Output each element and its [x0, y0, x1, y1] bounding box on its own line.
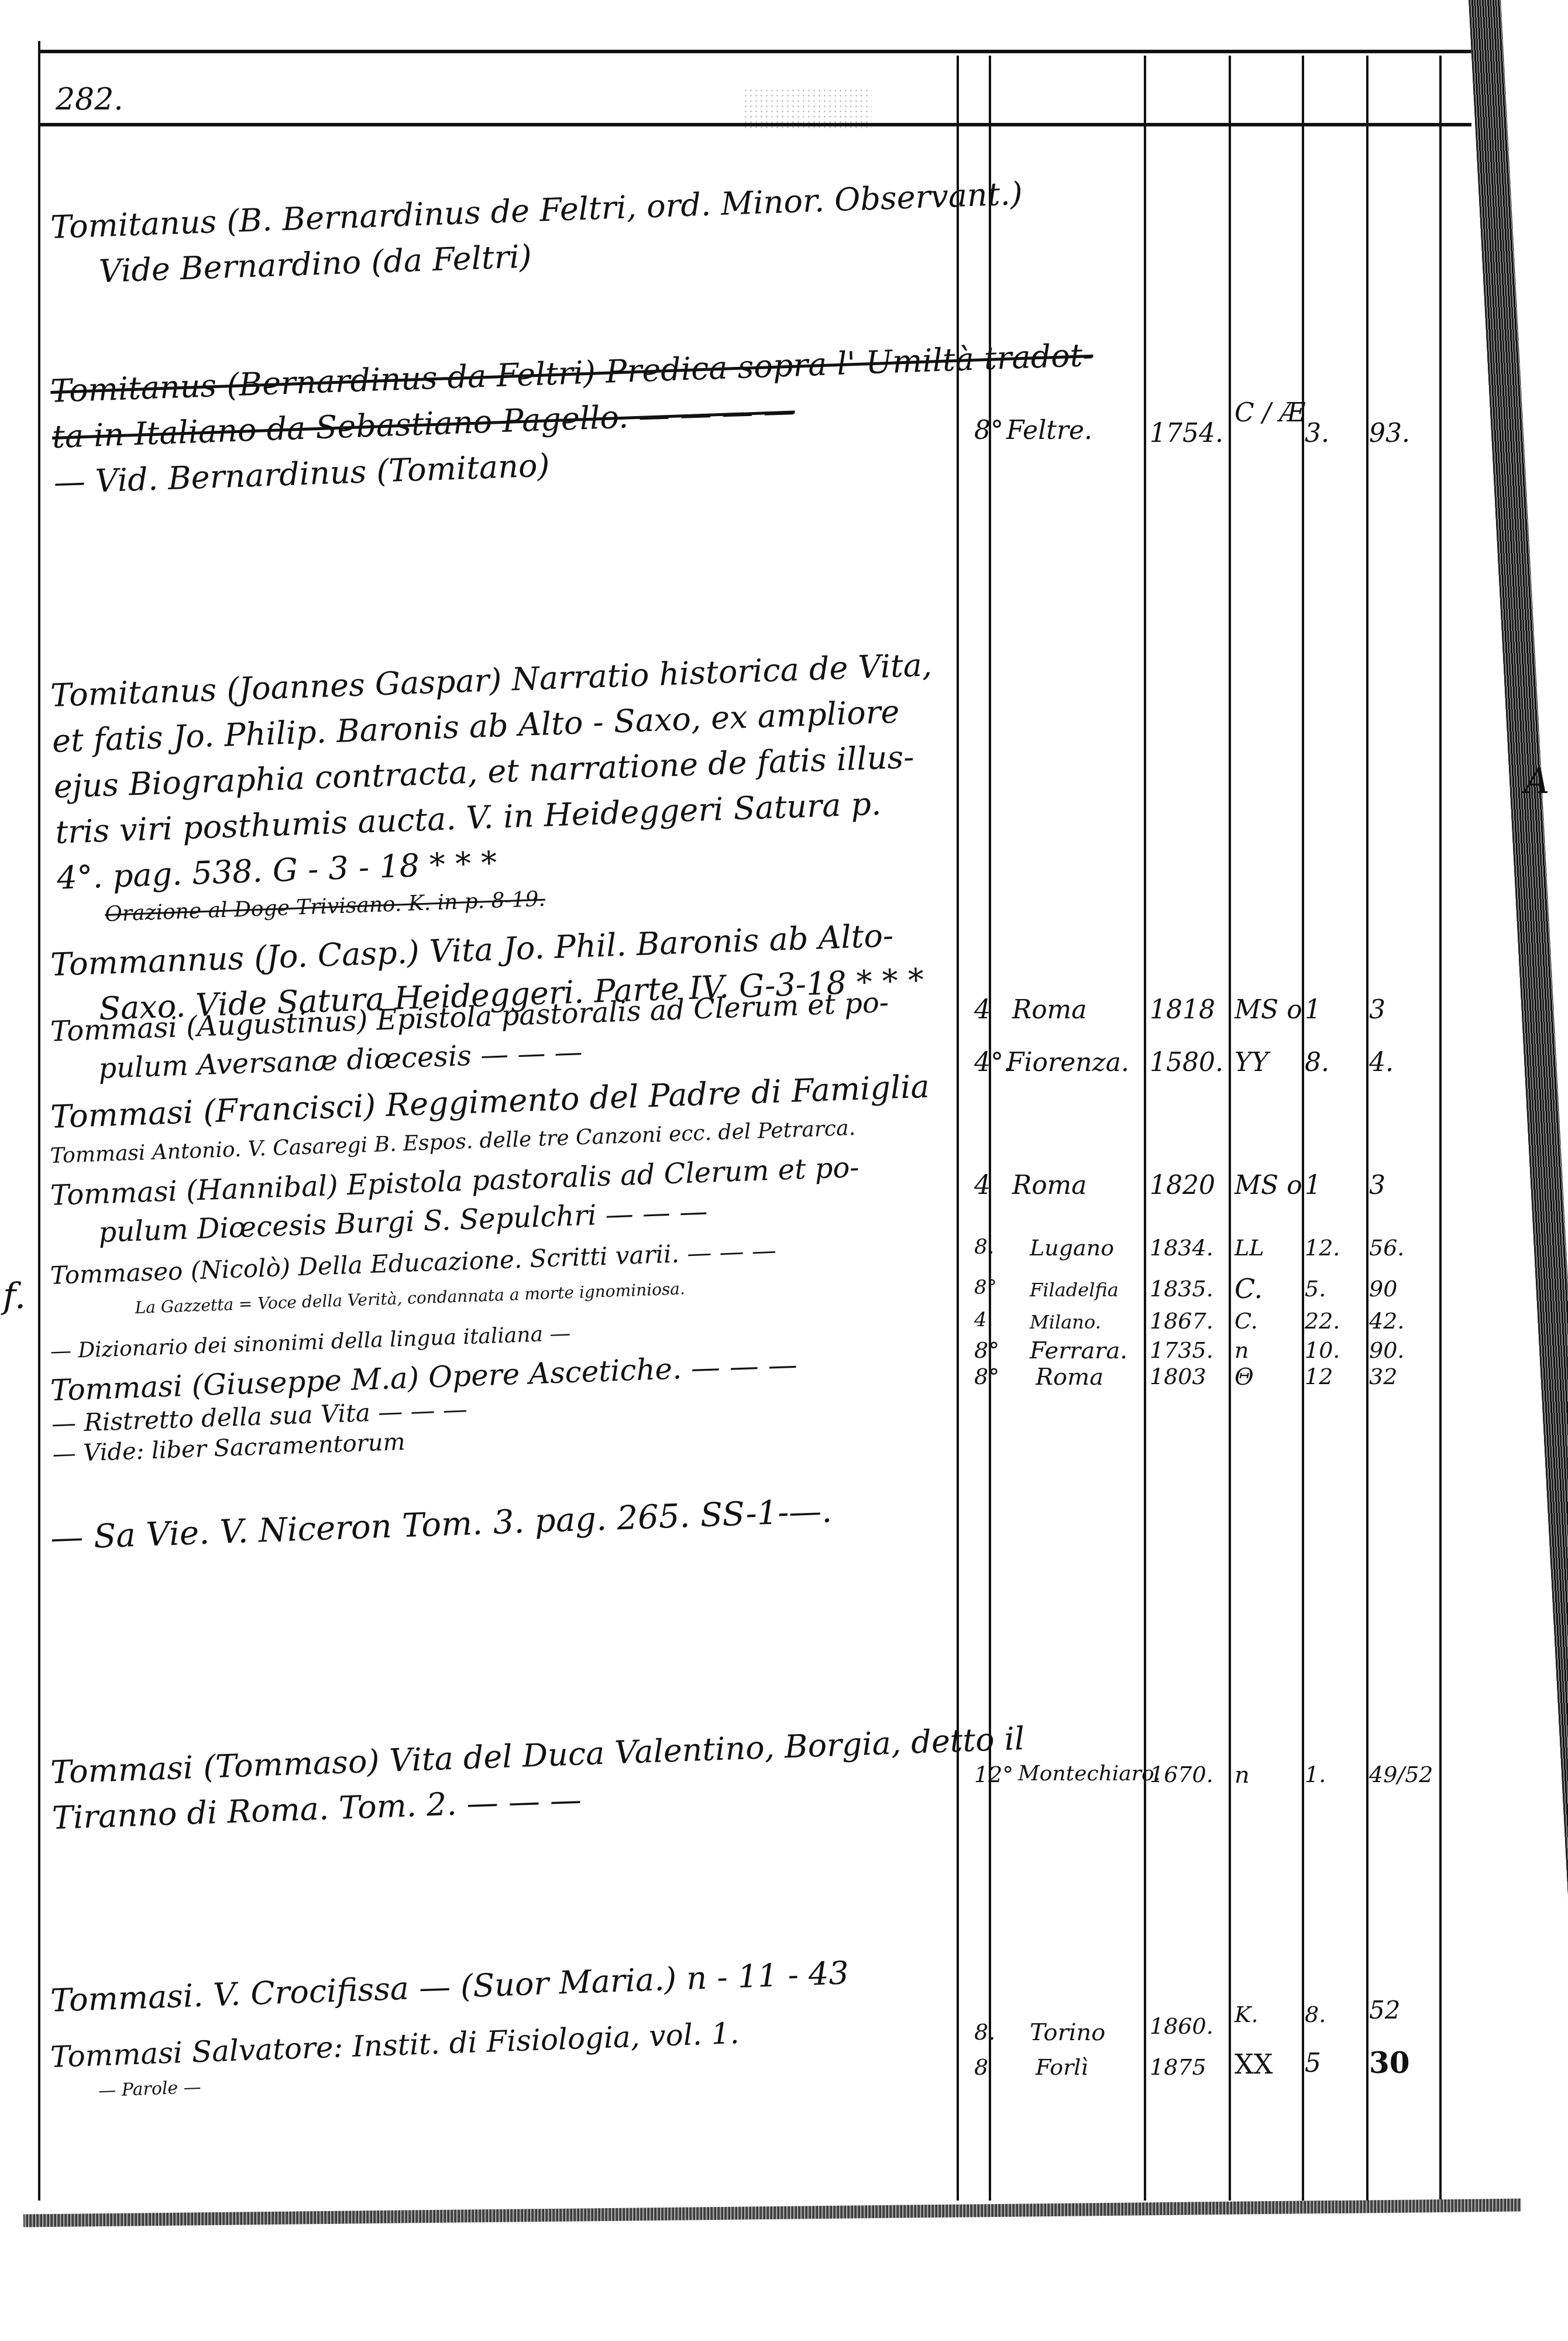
entry-format: 4 [974, 1170, 991, 1200]
entry-mark: n [1235, 1337, 1249, 1363]
entry-year: 1867. [1150, 1308, 1213, 1334]
entry-format: 8° [974, 1276, 997, 1299]
catalog-entry: Tommasi (Tommaso) Vita del Duca Valentin… [50, 1716, 1027, 1841]
left-margin-line [38, 41, 40, 2201]
entry-shelf: 5 [1305, 2048, 1321, 2078]
entry-format: 8. [974, 2019, 995, 2045]
entry-number: 52 [1369, 1996, 1400, 2024]
entry-mark: n [1235, 1762, 1250, 1789]
entry-mark: MS o [1235, 1170, 1302, 1200]
entry-shelf: 1 [1305, 995, 1321, 1025]
entry-place: Roma [1012, 1170, 1087, 1200]
entry-format: 4. [974, 1308, 993, 1331]
entry-shelf: 12. [1305, 1235, 1340, 1261]
entry-place: Filadelfia [1030, 1279, 1119, 1301]
catalog-entry: Tommasi Salvatore: Instit. di Fisiologia… [50, 2013, 741, 2108]
entry-year: 1875 [1150, 2054, 1206, 2080]
entry-number: 3 [1369, 995, 1385, 1025]
entry-place: Milano. [1030, 1311, 1101, 1333]
entry-mark: YY [1235, 1048, 1268, 1077]
right-margin-mark: A [1524, 761, 1549, 802]
entry-place: Ferrara. [1030, 1337, 1127, 1364]
entry-year: 1818 [1150, 995, 1215, 1025]
entry-place: Montechiaro. [1018, 1762, 1161, 1786]
entry-place: Torino [1030, 2019, 1105, 2046]
catalog-entry: Tomitanus (B. Bernardinus de Feltri, ord… [50, 171, 1025, 296]
entry-number: 90 [1369, 1276, 1397, 1302]
entry-format: 8° [974, 416, 1003, 445]
entry-mark: LL [1235, 1235, 1264, 1261]
entry-year: 1803 [1150, 1364, 1206, 1389]
entry-shelf: 3. [1305, 418, 1329, 448]
entry-place: Lugano [1030, 1235, 1114, 1261]
entry-mark: XX [1235, 2048, 1273, 2080]
entry-place: Feltre. [1006, 416, 1092, 445]
top-rule [38, 50, 1471, 53]
entry-format: 8. [974, 1235, 994, 1259]
entry-number: 56. [1369, 1235, 1404, 1261]
catalog-entry: Tommasi (Giuseppe M.a) Opere Ascetiche. … [50, 1346, 800, 1469]
entry-format: 4 [974, 995, 991, 1025]
entry-year: 1820 [1150, 1170, 1215, 1200]
catalog-entry: Tomitanus (Bernardinus da Feltri) Predic… [50, 332, 1097, 506]
entry-number: 3 [1369, 1170, 1385, 1200]
entry-year: 1860. [1150, 2013, 1213, 2039]
entry-year: 1754. [1150, 418, 1223, 448]
entry-place: Roma [1012, 995, 1087, 1025]
entry-number: 93. [1369, 418, 1410, 448]
entry-format: 12° [974, 1762, 1013, 1787]
entry-mark: C / Æ [1235, 398, 1305, 428]
entry-format: 8° [974, 1337, 999, 1363]
ledger-page: 282. f. A Tomitanus (B. Bernardinus de F… [0, 0, 1568, 2341]
catalog-entry: — Sa Vie. V. Niceron Tom. 3. pag. 265. S… [50, 1488, 833, 1561]
entry-shelf: 10. [1305, 1337, 1340, 1363]
entry-shelf: 1 [1305, 1170, 1321, 1200]
entry-year: 1580. [1150, 1048, 1223, 1077]
library-stamp [743, 88, 872, 129]
entry-place: Roma [1036, 1364, 1103, 1391]
entry-number: 49/52 [1369, 1762, 1433, 1787]
left-margin-mark: f. [3, 1276, 26, 1317]
entry-number: 30 [1369, 2045, 1410, 2080]
entry-format: 8 [974, 2054, 988, 2080]
entry-shelf: 12 [1305, 1364, 1333, 1389]
entry-place: Forlì [1036, 2054, 1088, 2080]
entry-year: 1735. [1150, 1337, 1213, 1363]
entry-mark: C. [1235, 1308, 1258, 1334]
entry-mark: Θ [1235, 1364, 1254, 1391]
catalog-entry: Tomitanus (Joannes Gaspar) Narratio hist… [50, 642, 940, 931]
entry-shelf: 8. [1305, 2002, 1326, 2027]
entry-number: 42. [1369, 1308, 1404, 1334]
entry-year: 1835. [1150, 1276, 1213, 1302]
column-divider-year [1229, 56, 1231, 2201]
entry-shelf: 8. [1305, 1048, 1329, 1077]
entry-shelf: 22. [1305, 1308, 1340, 1334]
entry-format: 8° [974, 1364, 999, 1389]
column-divider-place [1144, 56, 1146, 2201]
column-divider-number [1439, 56, 1442, 2201]
page-number: 282. [56, 82, 123, 117]
entry-year: 1670. [1150, 1762, 1213, 1787]
column-divider-shelf [1366, 56, 1368, 2201]
page-binding-edge [1469, 0, 1568, 2206]
entry-mark: MS o [1235, 995, 1302, 1025]
entry-number: 32 [1369, 1364, 1397, 1389]
page-bottom-edge [23, 2199, 1521, 2227]
entry-shelf: 1. [1305, 1762, 1326, 1787]
column-divider-mark [1302, 56, 1304, 2201]
entry-line: — Sa Vie. V. Niceron Tom. 3. pag. 265. S… [50, 1488, 833, 1561]
entry-shelf: 5. [1305, 1276, 1326, 1302]
entry-place: Fiorenza. [1006, 1048, 1129, 1077]
entry-mark: C. [1235, 1273, 1263, 1305]
entry-number: 90. [1369, 1337, 1404, 1363]
entry-number: 4. [1369, 1048, 1394, 1077]
entry-mark: K. [1235, 2002, 1258, 2027]
entry-year: 1834. [1150, 1235, 1213, 1261]
